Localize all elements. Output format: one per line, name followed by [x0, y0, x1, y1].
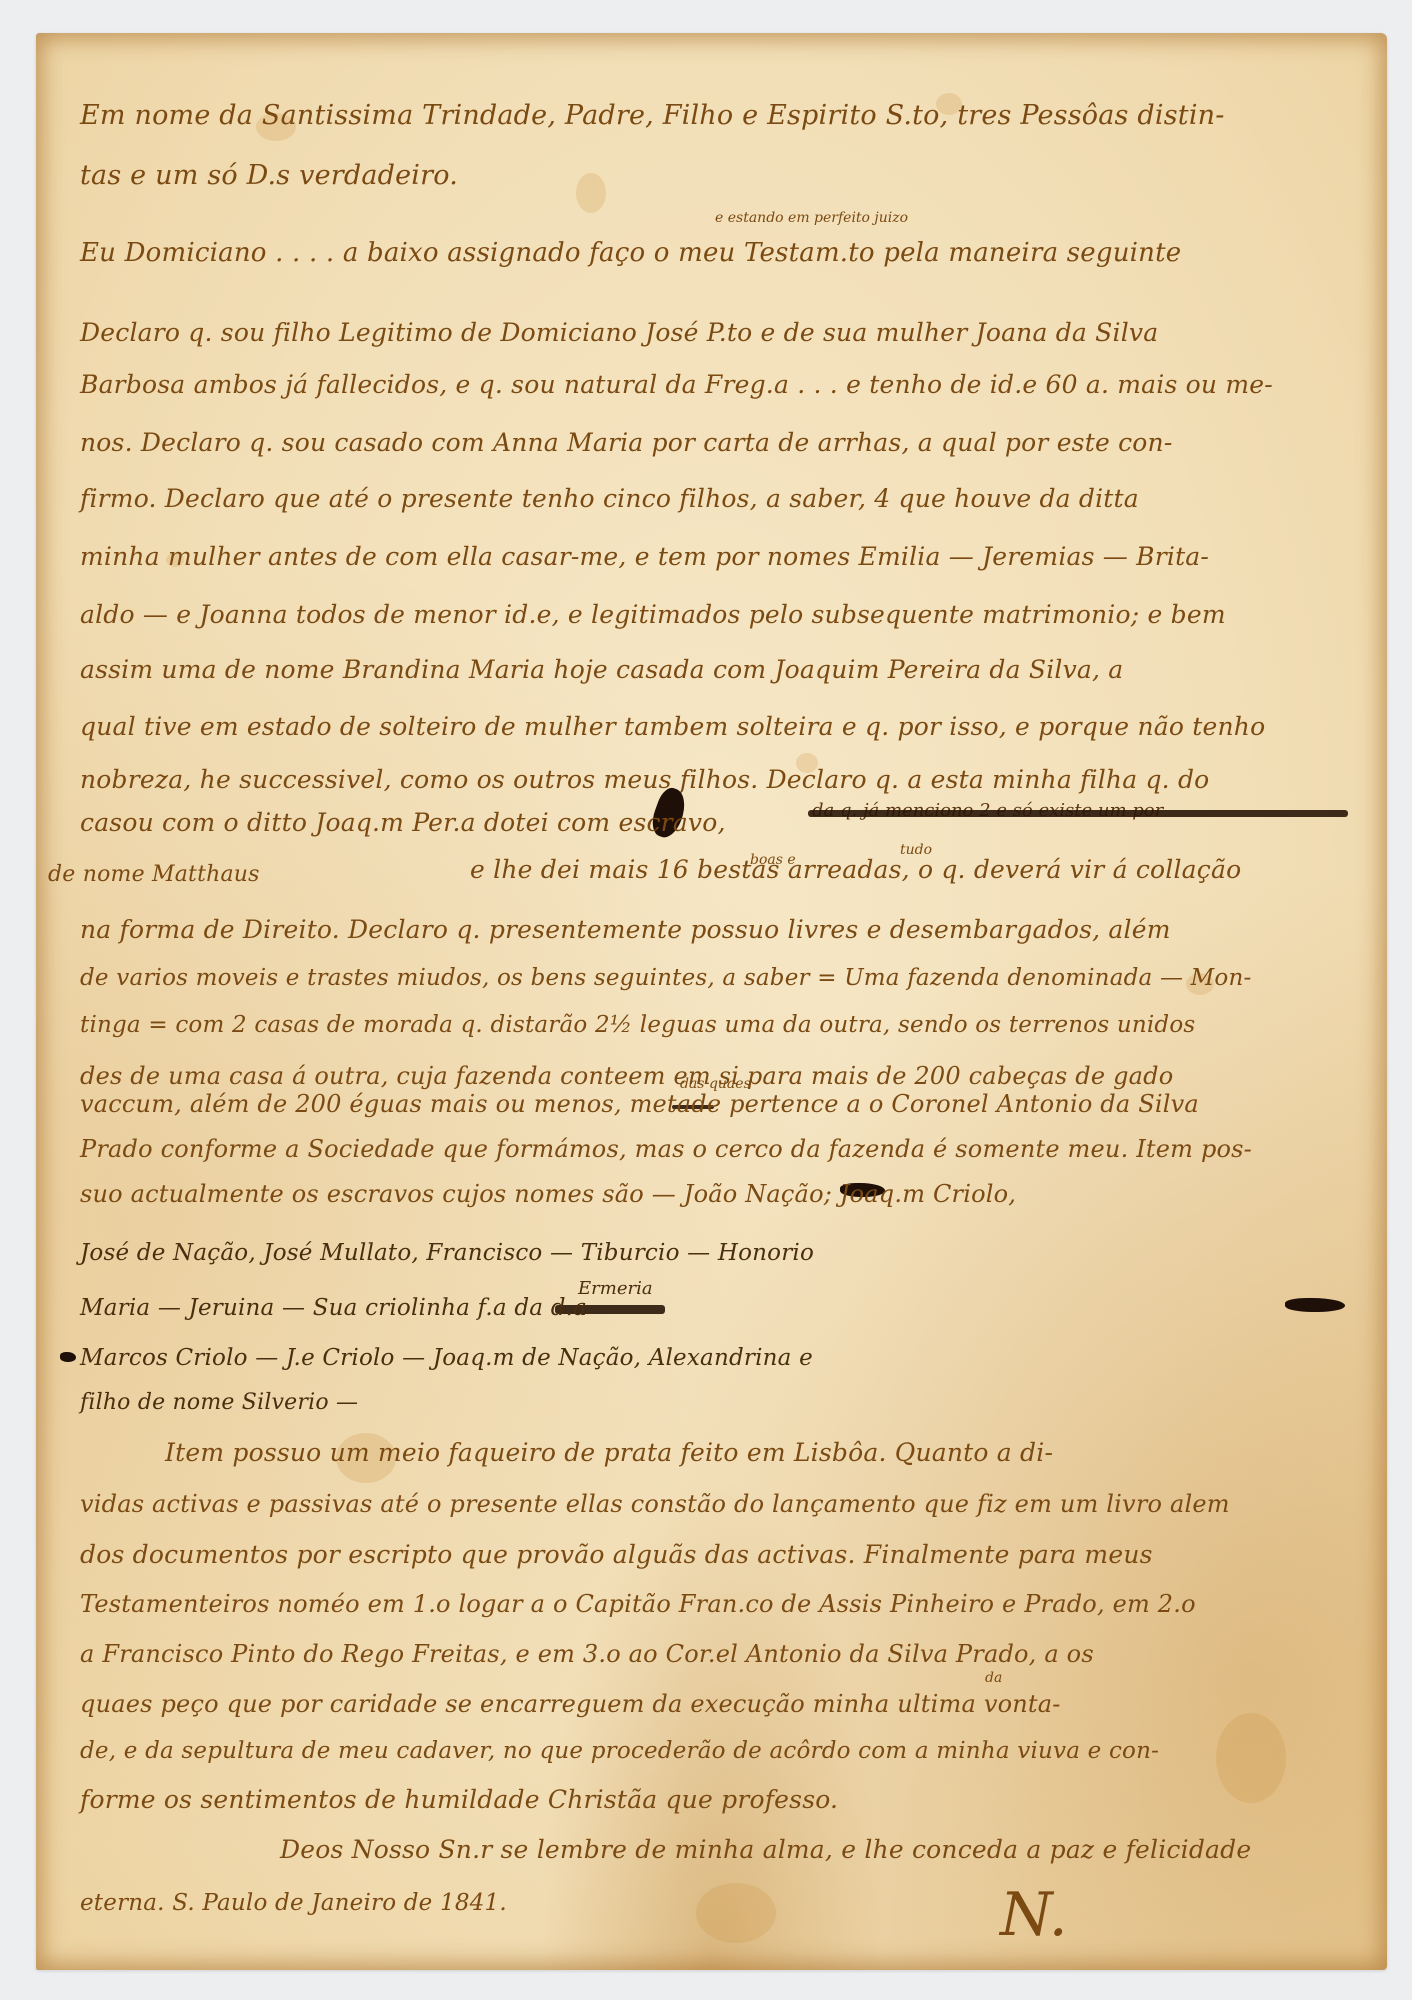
- text-line: dos documentos por escripto que provão a…: [80, 1540, 1153, 1569]
- text-line: suo actualmente os escravos cujos nomes …: [80, 1180, 1016, 1208]
- text-line: nobreza, he successivel, como os outros …: [80, 765, 1209, 794]
- text-line: Barbosa ambos já fallecidos, e q. sou na…: [80, 370, 1273, 399]
- text-line: filho de nome Silverio —: [80, 1390, 358, 1415]
- ink-blot: [1285, 1298, 1345, 1312]
- text-line: qual tive em estado de solteiro de mulhe…: [80, 712, 1265, 741]
- text-line: vidas activas e passivas até o presente …: [80, 1490, 1230, 1518]
- text-line: des de uma casa á outra, cuja fazenda co…: [80, 1062, 1173, 1090]
- text-line: Prado conforme a Sociedade que formámos,…: [80, 1135, 1252, 1163]
- text-line: Marcos Criolo — J.e Criolo — Joaq.m de N…: [80, 1345, 813, 1371]
- text-line: na forma de Direito. Declaro q. presente…: [80, 915, 1171, 944]
- insertion-note: Ermeria: [578, 1278, 653, 1299]
- text-line: aldo — e Joanna todos de menor id.e, e l…: [80, 600, 1226, 629]
- text-line: de varios moveis e trastes miudos, os be…: [80, 965, 1251, 991]
- text-line: tas e um só D.s verdadeiro.: [80, 160, 458, 191]
- text-line: quaes peço que por caridade se encarregu…: [80, 1690, 1061, 1718]
- text-line: a Francisco Pinto do Rego Freitas, e em …: [80, 1640, 1094, 1668]
- insertion-note: da: [985, 1670, 1002, 1686]
- ink-blot: [60, 1352, 76, 1362]
- insertion-note: e estando em perfeito juizo: [715, 210, 908, 226]
- text-line: Testamenteiros noméo em 1.o logar a o Ca…: [80, 1590, 1196, 1618]
- foxing-spot: [1216, 1713, 1286, 1803]
- text-line: Eu Domiciano . . . . a baixo assignado f…: [80, 238, 1181, 268]
- text-line: casou com o ditto Joaq.m Per.a dotei com…: [80, 808, 726, 837]
- foxing-spot: [576, 173, 606, 213]
- text-line: eterna. S. Paulo de Janeiro de 1841.: [80, 1890, 507, 1916]
- text-line: Maria — Jeruina — Sua criolinha f.a da d…: [80, 1295, 587, 1321]
- text-line: nos. Declaro q. sou casado com Anna Mari…: [80, 428, 1173, 457]
- text-line: Em nome da Santissima Trindade, Padre, F…: [80, 100, 1225, 131]
- text-line: forme os sentimentos de humildade Christ…: [80, 1785, 838, 1814]
- text-line: minha mulher antes de com ella casar-me,…: [80, 542, 1209, 571]
- text-line: Declaro q. sou filho Legitimo de Domicia…: [80, 318, 1158, 347]
- text-line: Deos Nosso Sn.r se lembre de minha alma,…: [280, 1835, 1251, 1864]
- signature: N.: [1000, 1880, 1068, 1950]
- text-line: e lhe dei mais 16 bestas arreadas, o q. …: [470, 855, 1241, 884]
- text-line: tinga = com 2 casas de morada q. distarã…: [80, 1012, 1195, 1038]
- marginal-note: de nome Matthaus: [48, 862, 260, 887]
- strikethrough: [808, 810, 1348, 817]
- text-line: José de Nação, José Mullato, Francisco —…: [80, 1240, 814, 1266]
- text-line: assim uma de nome Brandina Maria hoje ca…: [80, 655, 1123, 684]
- text-line: de, e da sepultura de meu cadaver, no qu…: [80, 1738, 1159, 1764]
- text-line: firmo. Declaro que até o presente tenho …: [80, 484, 1139, 513]
- foxing-spot: [696, 1883, 776, 1943]
- text-line: vaccum, além de 200 éguas mais ou menos,…: [80, 1090, 1199, 1118]
- text-line: Item possuo um meio faqueiro de prata fe…: [165, 1438, 1053, 1467]
